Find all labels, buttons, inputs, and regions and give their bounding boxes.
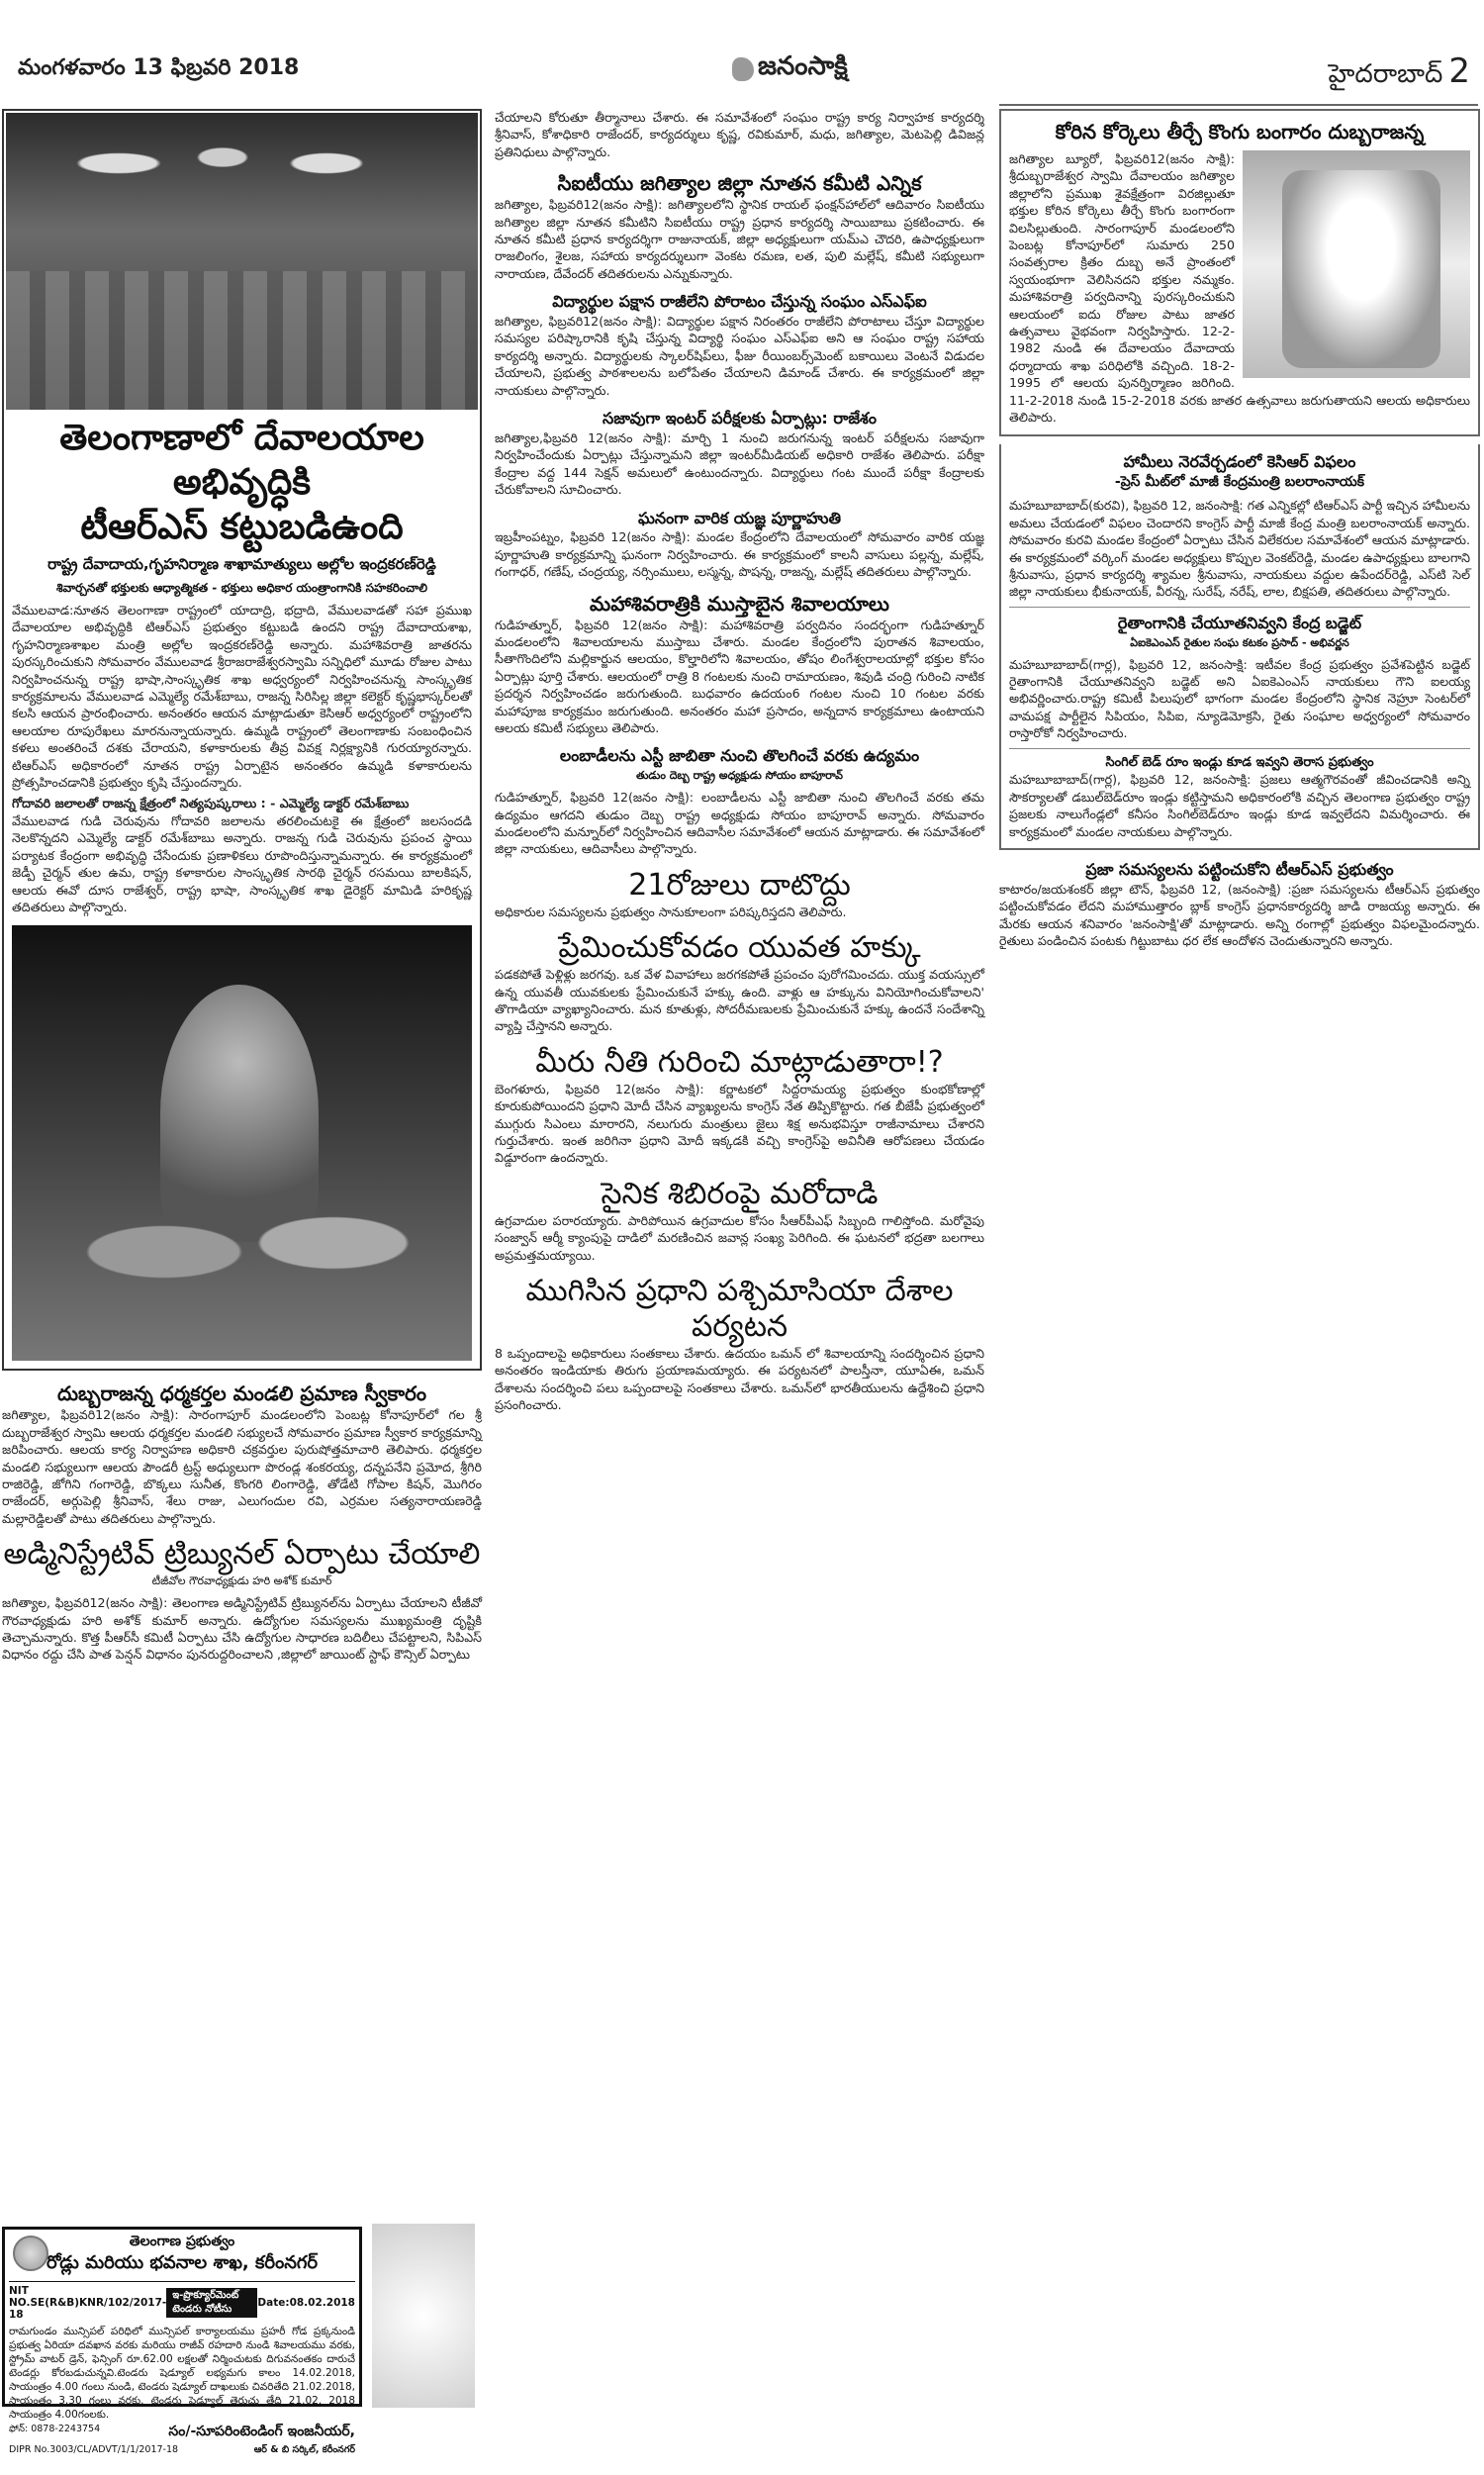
lead-headline-2: టీఆర్ఎస్ కట్టుబడిఉంది <box>12 505 472 549</box>
days21-story: 21రోజులు దాటొద్దు అధికారుల సమస్యలను ప్రభ… <box>495 868 984 920</box>
citu-story: సిఐటీయు జగిత్యాల జిల్లా నూతన కమీటి ఎన్ని… <box>495 170 984 282</box>
divider <box>1009 607 1470 608</box>
yajna-story: ఘనంగా వారిక యజ్ఞ పూర్ణాహుతి ఇబ్రహీంపట్నం… <box>495 509 984 581</box>
tender-notice-ad: తెలంగాణ ప్రభుత్వం రోడ్లు మరియు భవనాల శాఖ… <box>2 2227 362 2407</box>
lead-body: వేములవాడ:నూతన తెలంగాణా రాష్ట్రంలో యాదాద్… <box>12 602 472 791</box>
love-right-headline: ప్రేమించుకోవడం యువత హక్కు <box>495 930 984 966</box>
tribunal-story: అడ్మినిస్ట్రేటివ్ ట్రిబ్యునల్ ఏర్పాటు చే… <box>2 1537 482 1664</box>
ad-notice-type: ఇ-ప్రొక్యూర్‌మెంట్ టెండరు నోటీసు <box>166 2288 257 2318</box>
page-number: 2 <box>1448 51 1470 91</box>
inter-exams-body: జగిత్యాల,ఫిబ్రవరి 12(జనం సాక్షి): మార్చి… <box>495 429 984 499</box>
ad-date: Date:08.02.2018 <box>257 2297 355 2309</box>
citu-body: జగిత్యాల, ఫిబ్రవరి12(జనం సాక్షి): జగిత్య… <box>495 196 984 282</box>
army-camp-headline: సైనిక శిబిరంపై మరోదాడి <box>495 1177 984 1212</box>
edition-city: హైదరాబాద్2 <box>1329 51 1470 95</box>
sfi-body: జగిత్యాల, ఫిబ్రవరి12(జనం సాక్షి): విద్యా… <box>495 313 984 399</box>
tribunal-body: జగిత్యాల, ఫిబ్రవరి12(జనం సాక్షి): తెలంగా… <box>2 1594 482 1664</box>
kcr-failed-body: మహబూబాబాద్(కురవి), ఫిబ్రవరి 12, జనంసాక్ష… <box>1009 497 1470 600</box>
govt-seal-icon <box>13 2236 48 2271</box>
ad-signature-sub: ఆర్ & బి సర్కిల్, కరీంనగర్ <box>254 2444 355 2457</box>
ad-signature: సం/-సూపరింటెండింగ్ ఇంజనీయర్, <box>168 2424 355 2442</box>
shivalayam-story: మహాశివరాత్రికి ముస్తాబైన శివాలయాలు గుడిహ… <box>495 591 984 737</box>
divider <box>1009 748 1470 749</box>
dance-performance-photo <box>12 925 472 1361</box>
days21-headline: 21రోజులు దాటొద్దు <box>495 868 984 904</box>
column-right: కోరిన కోర్కెలు తీర్చే కొంగు బంగారం దుబ్బ… <box>999 109 1480 960</box>
budget-headline: రైతాంగానికి చేయూతనివ్వని కేంద్ర బడ్జెట్ <box>1009 614 1470 634</box>
army-camp-story: సైనిక శిబిరంపై మరోదాడి ఉగ్రవాదుల పరారయ్య… <box>495 1177 984 1264</box>
shivalayam-body: గుడిహత్నూర్, ఫిబ్రవరి 12(జనం సాక్షి): మహ… <box>495 617 984 737</box>
telangana-map-icon <box>732 57 754 81</box>
ethics-headline: మీరు నీతి గురించి మాట్లాడుతారా!? <box>495 1045 984 1081</box>
ad-department: రోడ్లు మరియు భవనాల శాఖ, కరీంనగర్ <box>9 2252 355 2277</box>
ad-govt: తెలంగాణ ప్రభుత్వం <box>9 2234 355 2252</box>
budget-deck: ఏఐకెఎంఎస్ రైతుల సంఘ కటకం ప్రసాద్ - అభివర… <box>1009 636 1470 652</box>
blank-ad-space <box>372 2224 475 2408</box>
inter-exams-story: సజావుగా ఇంటర్ పరీక్షలకు ఏర్పాట్లు: రాజేశ… <box>495 409 984 498</box>
ad-header-row: NIT NO.SE(R&B)KNR/102/2017-18 ఇ-ప్రొక్యూ… <box>9 2281 355 2321</box>
intro-continuation: చేయాలని కోరుతూ తీర్మానాలు చేశారు. ఈ సమావ… <box>495 109 984 160</box>
masthead-rule <box>999 104 1478 106</box>
army-camp-body: ఉగ్రవాదుల పరారయ్యారు. పారిపోయిన ఉగ్రవాదు… <box>495 1212 984 1264</box>
lead-kicker: శివార్చనతో భక్తులకు ఆధ్యాత్మికత - భక్తుల… <box>12 581 472 598</box>
gold-story-box: కోరిన కోర్కెలు తీర్చే కొంగు బంగారం దుబ్బ… <box>999 109 1480 436</box>
ad-body: రామగుండం మున్సిపల్ పరిధిలో మున్సిపల్ కార… <box>9 2325 355 2422</box>
pm-tour-story: ముగిసిన ప్రధాని పశ్చిమాసియా దేశాల పర్యటన… <box>495 1274 984 1414</box>
lead-deck: రాష్ట్ర దేవాదాయ,గృహనిర్మాణ శాఖామాత్యులు … <box>12 555 472 577</box>
issue-date: మంగళవారం 13 ఫిబ్రవరి 2018 <box>18 55 299 85</box>
citu-headline: సిఐటీయు జగిత్యాల జిల్లా నూతన కమీటి ఎన్ని… <box>495 170 984 196</box>
st-list-body: గుడిహత్నూర్, ఫిబ్రవరి 12(జనం సాక్షి): లం… <box>495 789 984 858</box>
people-issues-story: ప్రజా సమస్యలను పట్టించుకోని టీఆర్ఎస్ ప్ర… <box>999 860 1480 949</box>
ethics-body: బెంగళూరు, ఫిబ్రవరి 12(జనం సాక్షి): కర్ణా… <box>495 1081 984 1167</box>
budget-body: మహబూబాబాద్(గార్ల), ఫిబ్రవరి 12, జనంసాక్ష… <box>1009 656 1470 742</box>
sfi-headline: విద్యార్థుల పక్షాన రాజీలేని పోరాటం చేస్త… <box>495 292 984 313</box>
kcr-failed-deck: -ప్రెస్ మీట్‌లో మాజీ కేంద్రమంత్రి బలరాంన… <box>1009 474 1470 493</box>
column-left: తెలంగాణాలో దేవాలయాల అభివృద్ధికి టీఆర్ఎస్… <box>2 109 482 1673</box>
lead-body-2: వేములవాడ గుడి చెరువును గోదావరి జలాలను తర… <box>12 812 472 915</box>
st-list-deck: తుడుం దెబ్బ రాష్ట్ర అధ్యక్షుడు సోయం బాపూ… <box>495 769 984 785</box>
newspaper-logo: జనంసాక్షి <box>732 51 848 87</box>
pm-tour-body: 8 ఒప్పందాలపై అధికారులు సంతకాలు చేశారు. ఉ… <box>495 1345 984 1414</box>
stage-photo <box>6 113 478 410</box>
ad-dipr: DIPR No.3003/CL/ADVT/1/1/2017-18 <box>9 2444 178 2457</box>
masthead: మంగళవారం 13 ఫిబ్రవరి 2018 జనంసాక్షి హైదర… <box>0 0 1484 99</box>
shivalayam-headline: మహాశివరాత్రికి ముస్తాబైన శివాలయాలు <box>495 591 984 617</box>
kcr-failed-headline: హామీలు నెరవేర్చడంలో కెసిఆర్ విఫలం <box>1009 452 1470 473</box>
yajna-body: ఇబ్రహీంపట్నం, ఫిబ్రవరి 12(జనం సాక్షి): మ… <box>495 528 984 580</box>
people-issues-body: కాటారం/జయశంకర్ జిల్లా టౌన్, ఫిబ్రవరి 12,… <box>999 881 1480 950</box>
sfi-story: విద్యార్థుల పక్షాన రాజీలేని పోరాటం చేస్త… <box>495 292 984 399</box>
logo-text: జనంసాక్షి <box>758 51 848 87</box>
ad-nit-number: NIT NO.SE(R&B)KNR/102/2017-18 <box>9 2285 166 2321</box>
ad-phone-row: ఫోన్: 0878-2243754 సం/-సూపరింటెండింగ్ ఇం… <box>9 2424 355 2442</box>
ad-phone: ఫోన్: 0878-2243754 <box>9 2424 100 2442</box>
days21-body: అధికారుల సమస్యలను ప్రభుత్వం సానుకూలంగా ప… <box>495 904 984 920</box>
lead-subhead: గోదావరి జలాలతో రాజన్న క్షేత్రంలో నిత్యపు… <box>12 795 472 811</box>
ad-footer: DIPR No.3003/CL/ADVT/1/1/2017-18 ఆర్ & బ… <box>9 2444 355 2457</box>
st-list-story: లంబాడీలను ఎస్టీ జాబితా నుంచి తొలగించే వర… <box>495 746 984 857</box>
single-bed-body: మహబూబాబాద్(గార్ల), ఫిబ్రవరి 12, జనంసాక్ష… <box>1009 771 1470 840</box>
st-list-headline: లంబాడీలను ఎస్టీ జాబితా నుంచి తొలగించే వర… <box>495 746 984 767</box>
temple-idol-photo <box>1243 150 1470 378</box>
love-right-body: పడకపోతే పెళ్లిళ్లు జరగవు. ఒక వేళ వివాహాల… <box>495 966 984 1035</box>
city-name: హైదరాబాద్ <box>1329 59 1443 89</box>
inter-exams-headline: సజావుగా ఇంటర్ పరీక్షలకు ఏర్పాట్లు: రాజేశ… <box>495 409 984 429</box>
temple-board-story: దుబ్బరాజన్న ధర్మకర్తల మండలి ప్రమాణ స్వీక… <box>2 1380 482 1527</box>
lead-story-box: తెలంగాణాలో దేవాలయాల అభివృద్ధికి టీఆర్ఎస్… <box>2 109 482 1371</box>
temple-board-headline: దుబ్బరాజన్న ధర్మకర్తల మండలి ప్రమాణ స్వీక… <box>2 1380 482 1406</box>
kcr-failed-story: హామీలు నెరవేర్చడంలో కెసిఆర్ విఫలం -ప్రెస… <box>999 444 1480 851</box>
column-middle: చేయాలని కోరుతూ తీర్మానాలు చేశారు. ఈ సమావ… <box>495 109 984 1424</box>
yajna-headline: ఘనంగా వారిక యజ్ఞ పూర్ణాహుతి <box>495 509 984 529</box>
temple-board-body: జగిత్యాల, ఫిబ్రవరి12(జనం సాక్షి): సారంగా… <box>2 1406 482 1527</box>
tribunal-headline: అడ్మినిస్ట్రేటివ్ ట్రిబ్యునల్ ఏర్పాటు చే… <box>2 1537 482 1572</box>
lead-headline-1: తెలంగాణాలో దేవాలయాల అభివృద్ధికి <box>12 416 472 505</box>
people-issues-headline: ప్రజా సమస్యలను పట్టించుకోని టీఆర్ఎస్ ప్ర… <box>999 860 1480 881</box>
tribunal-deck: టీజీవోల గౌరవాధ్యక్షుడు హరి అశోక్ కుమార్ <box>2 1574 482 1590</box>
pm-tour-headline: ముగిసిన ప్రధాని పశ్చిమాసియా దేశాల పర్యటన <box>495 1274 984 1345</box>
love-right-story: ప్రేమించుకోవడం యువత హక్కు పడకపోతే పెళ్లి… <box>495 930 984 1035</box>
ethics-story: మీరు నీతి గురించి మాట్లాడుతారా!? బెంగళూర… <box>495 1045 984 1167</box>
gold-headline: కోరిన కోర్కెలు తీర్చే కొంగు బంగారం దుబ్బ… <box>1009 119 1470 144</box>
single-bed-headline: సింగిల్ బెడ్ రూం ఇండ్లు కూడ ఇవ్వని తెరాస… <box>1009 755 1470 772</box>
